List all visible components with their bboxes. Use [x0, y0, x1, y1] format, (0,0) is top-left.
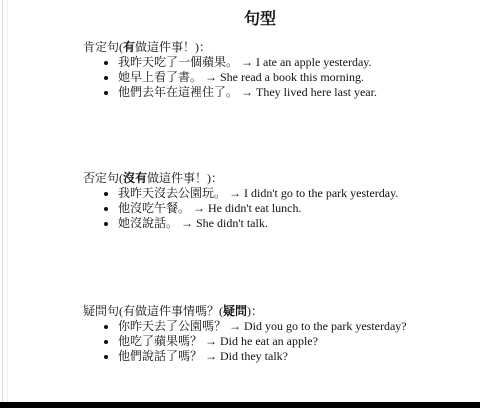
section-interrogative-header: 疑問句(有做這件事情嗎？(疑問)：: [83, 304, 463, 319]
header-text-bold: 沒有: [123, 171, 147, 185]
bottom-black-bar: [0, 402, 480, 408]
header-text-post: )：: [247, 304, 263, 318]
page-edge-line-faint: [7, 0, 8, 402]
example-item: 你昨天去了公園嗎？ → Did you go to the park yeste…: [118, 319, 463, 334]
example-item: 她沒說話。 → She didn't talk.: [118, 216, 463, 231]
section-affirmative: 肯定句(有做這件事！)： 我昨天吃了一個蘋果。 → I ate an apple…: [83, 40, 463, 100]
header-text-pre: 否定句(: [83, 171, 123, 185]
example-list: 我昨天沒去公園玩。 → I didn't go to the park yest…: [83, 186, 463, 231]
section-negative-header: 否定句(沒有做這件事！)：: [83, 171, 463, 186]
example-item: 她早上看了書。 → She read a book this morning.: [118, 70, 463, 85]
example-item: 他們去年在這裡住了。 → They lived here last year.: [118, 85, 463, 100]
example-item: 他沒吃午餐。 → He didn't eat lunch.: [118, 201, 463, 216]
document-page: 句型 肯定句(有做這件事！)： 我昨天吃了一個蘋果。 → I ate an ap…: [0, 0, 480, 408]
section-negative: 否定句(沒有做這件事！)： 我昨天沒去公園玩。 → I didn't go to…: [83, 171, 463, 231]
header-text-bold: 疑問: [223, 304, 247, 318]
example-list: 你昨天去了公園嗎？ → Did you go to the park yeste…: [83, 319, 463, 364]
example-item: 他吃了蘋果嗎？ → Did he eat an apple?: [118, 334, 463, 349]
header-text-post: 做這件事！)：: [147, 171, 223, 185]
header-text-pre: 肯定句(: [83, 40, 123, 54]
example-item: 我昨天吃了一個蘋果。 → I ate an apple yesterday.: [118, 55, 463, 70]
example-item: 他們說話了嗎？ → Did they talk?: [118, 349, 463, 364]
example-list: 我昨天吃了一個蘋果。 → I ate an apple yesterday. 她…: [83, 55, 463, 100]
section-affirmative-header: 肯定句(有做這件事！)：: [83, 40, 463, 55]
header-text-pre: 疑問句(有做這件事情嗎？(: [83, 304, 223, 318]
example-item: 我昨天沒去公園玩。 → I didn't go to the park yest…: [118, 186, 463, 201]
header-text-bold: 有: [123, 40, 135, 54]
header-text-post: 做這件事！)：: [135, 40, 211, 54]
section-interrogative: 疑問句(有做這件事情嗎？(疑問)： 你昨天去了公園嗎？ → Did you go…: [83, 304, 463, 364]
page-title: 句型: [83, 10, 437, 30]
page-edge-line: [2, 0, 3, 402]
